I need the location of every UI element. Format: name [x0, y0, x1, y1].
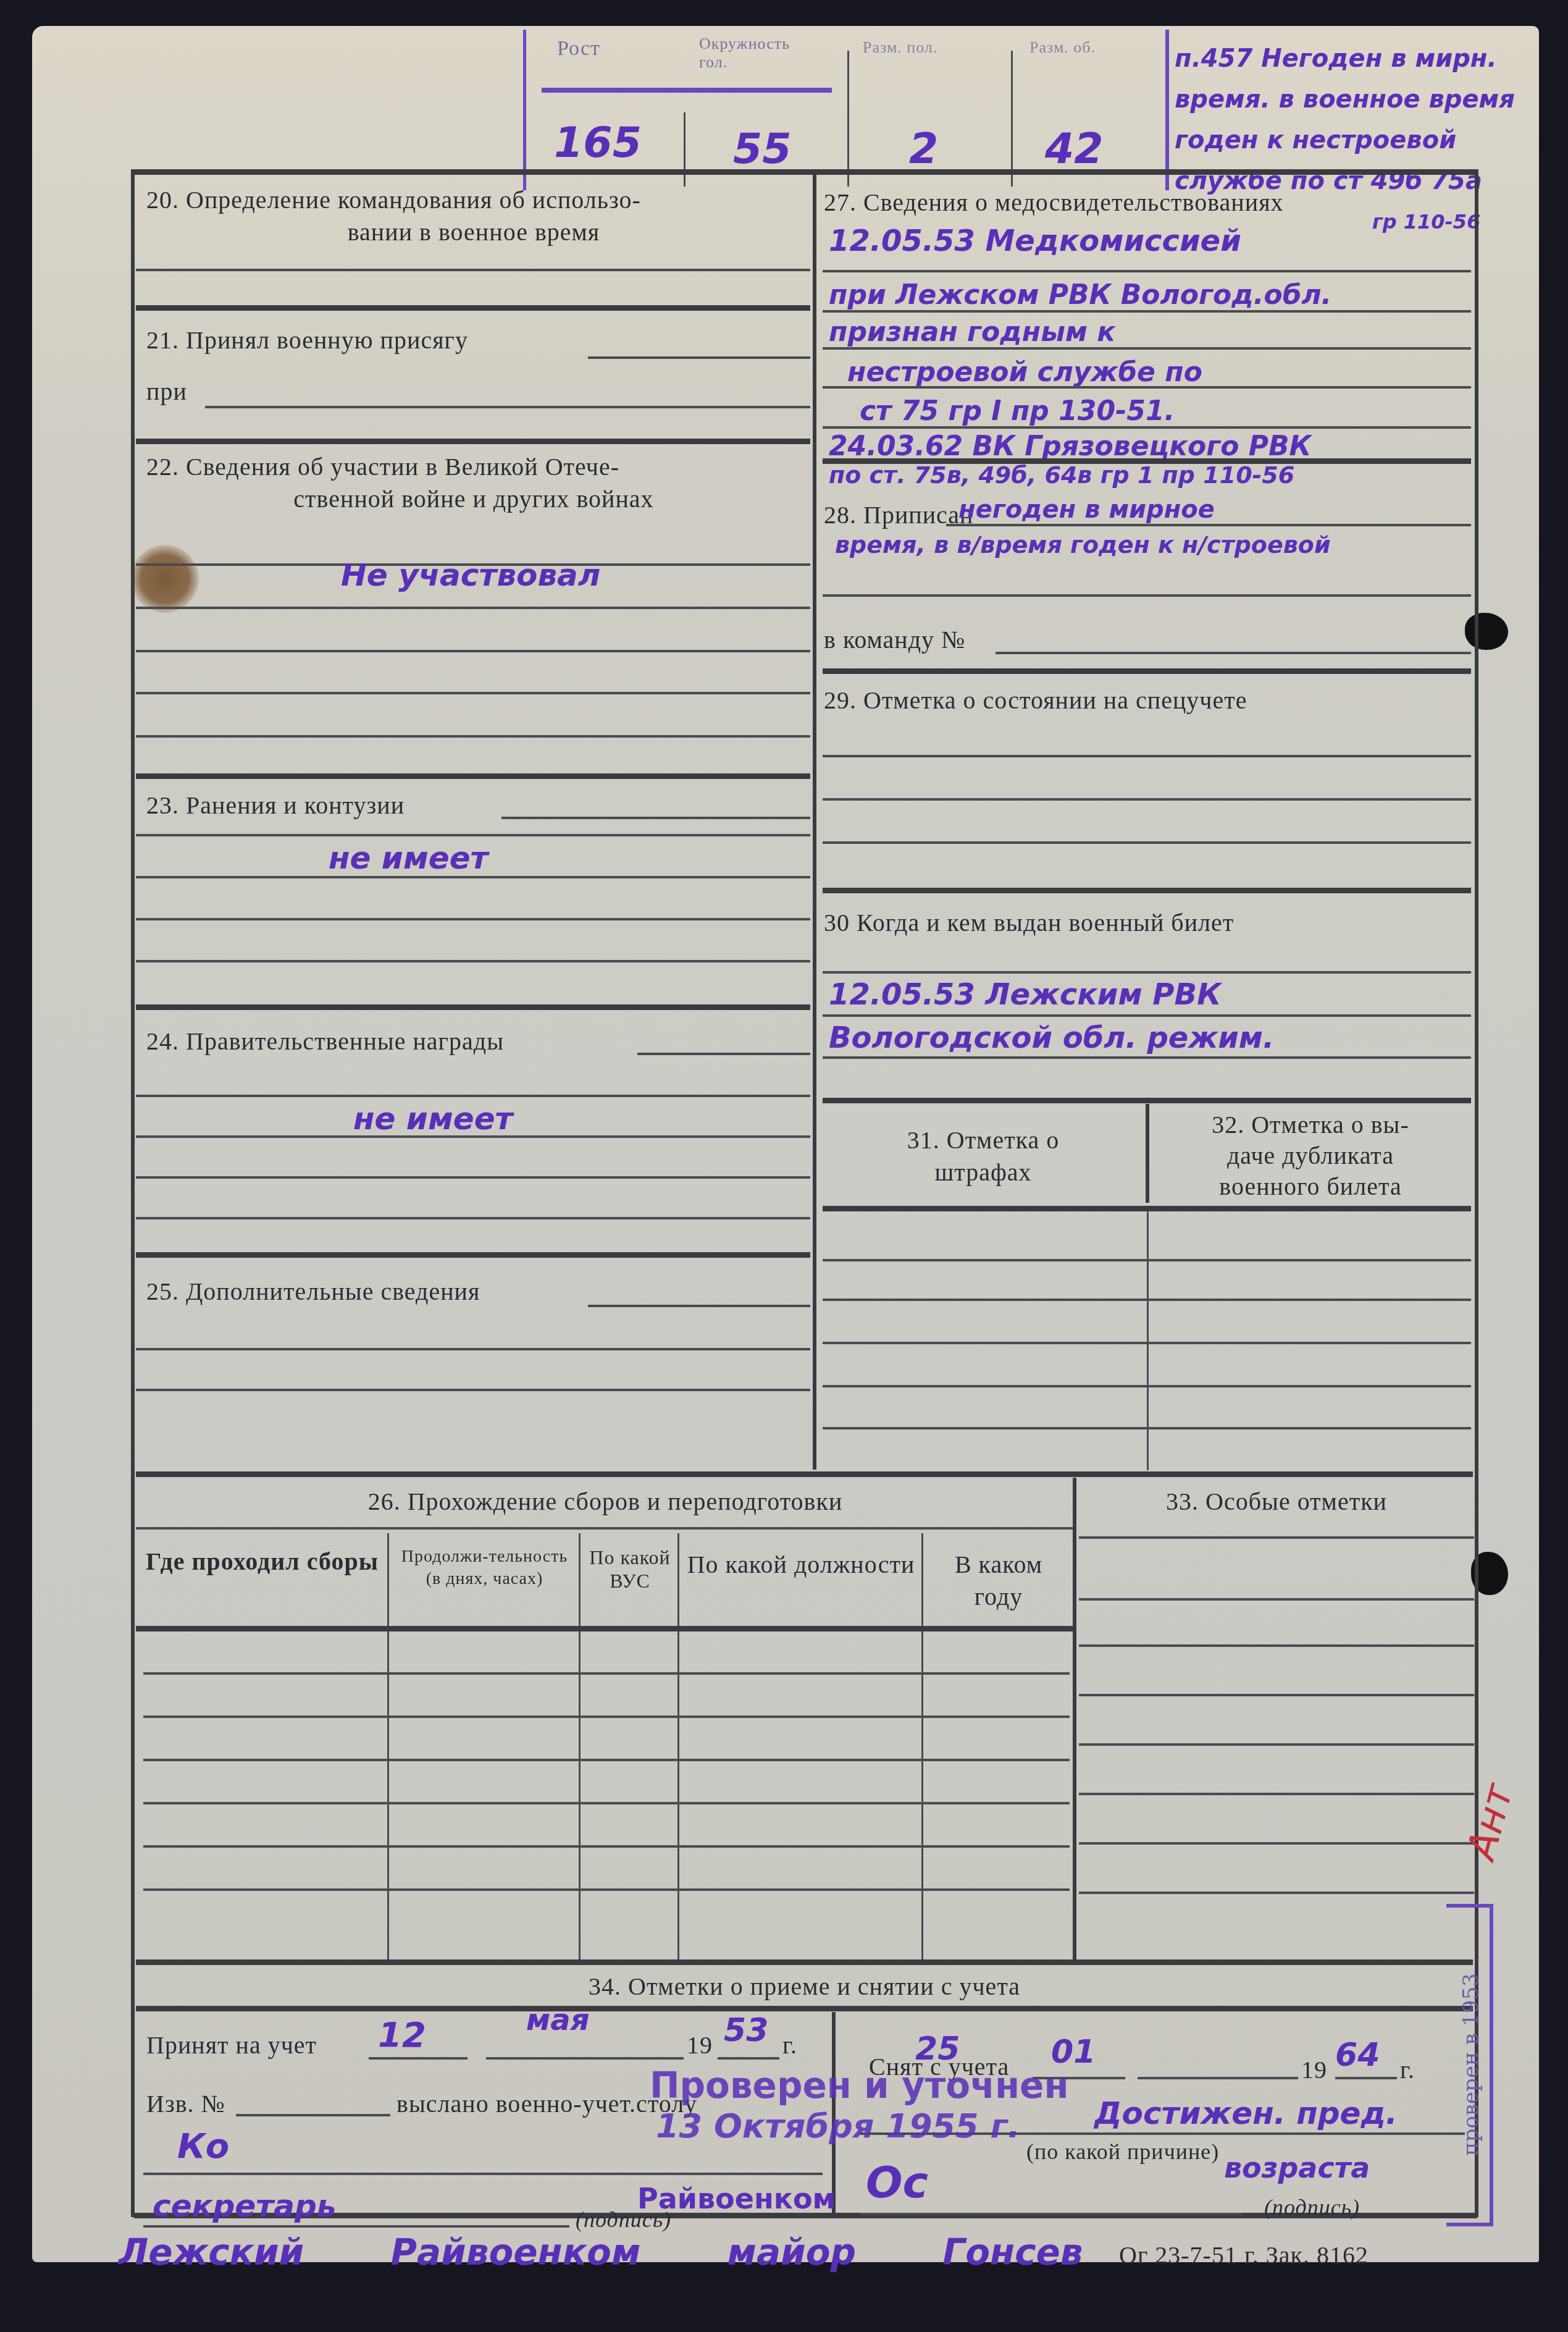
raivoenkom-stamp: Райвоенком	[637, 2182, 836, 2215]
accepted-year: 53	[724, 2012, 768, 2049]
col-header-duration: Продолжи-тельность (в днях, часах)	[393, 1546, 576, 1590]
col-header-position: По какой должности	[684, 1549, 918, 1581]
header-head-circ: Окружность гол.	[699, 35, 823, 72]
side-stamp-text: проверен в 1953	[1459, 1972, 1483, 2157]
value-size-2: 42	[1045, 125, 1104, 174]
accepted-day: 12	[378, 2015, 426, 2055]
footer-handwritten: Лежский Райвоенком майор Гонсев	[119, 2231, 1083, 2273]
col-header-place: Где проходил сборы	[140, 1546, 384, 1578]
header-size-1: Разм. пол.	[863, 38, 986, 57]
col-header-vus: По какой ВУС	[584, 1546, 676, 1593]
accepted-month: мая	[526, 2003, 589, 2037]
value-size-1: 2	[909, 125, 938, 174]
verified-stamp: Проверен и уточнен 13 Октября 1955 г.	[650, 2065, 1068, 2145]
value-height: 165	[554, 119, 642, 167]
header-size-2: Разм. об.	[1029, 38, 1153, 57]
wounds-value: не имеет	[329, 840, 488, 876]
punch-hole	[1465, 613, 1508, 650]
header-height: Рост	[557, 37, 600, 61]
removal-reason: Достижен. пред.	[1094, 2095, 1398, 2131]
footer-print-code: Ог 23-7-51 г. Зак. 8162	[1119, 2241, 1369, 2270]
removed-day: 25	[915, 2031, 960, 2068]
document-card: Рост Окружность гол. Разм. пол. Разм. об…	[32, 26, 1539, 2262]
awards-value: не имеет	[353, 1101, 513, 1137]
signature-scribble: Ос	[866, 2157, 928, 2208]
value-head-circ: 55	[733, 125, 792, 174]
red-pencil-signature: Ант	[1459, 1779, 1522, 1864]
col-header-year: В каком году	[928, 1549, 1070, 1613]
stain	[131, 545, 199, 613]
removed-year: 64	[1335, 2037, 1380, 2074]
war-participation-value: Не участвовал	[341, 557, 600, 593]
